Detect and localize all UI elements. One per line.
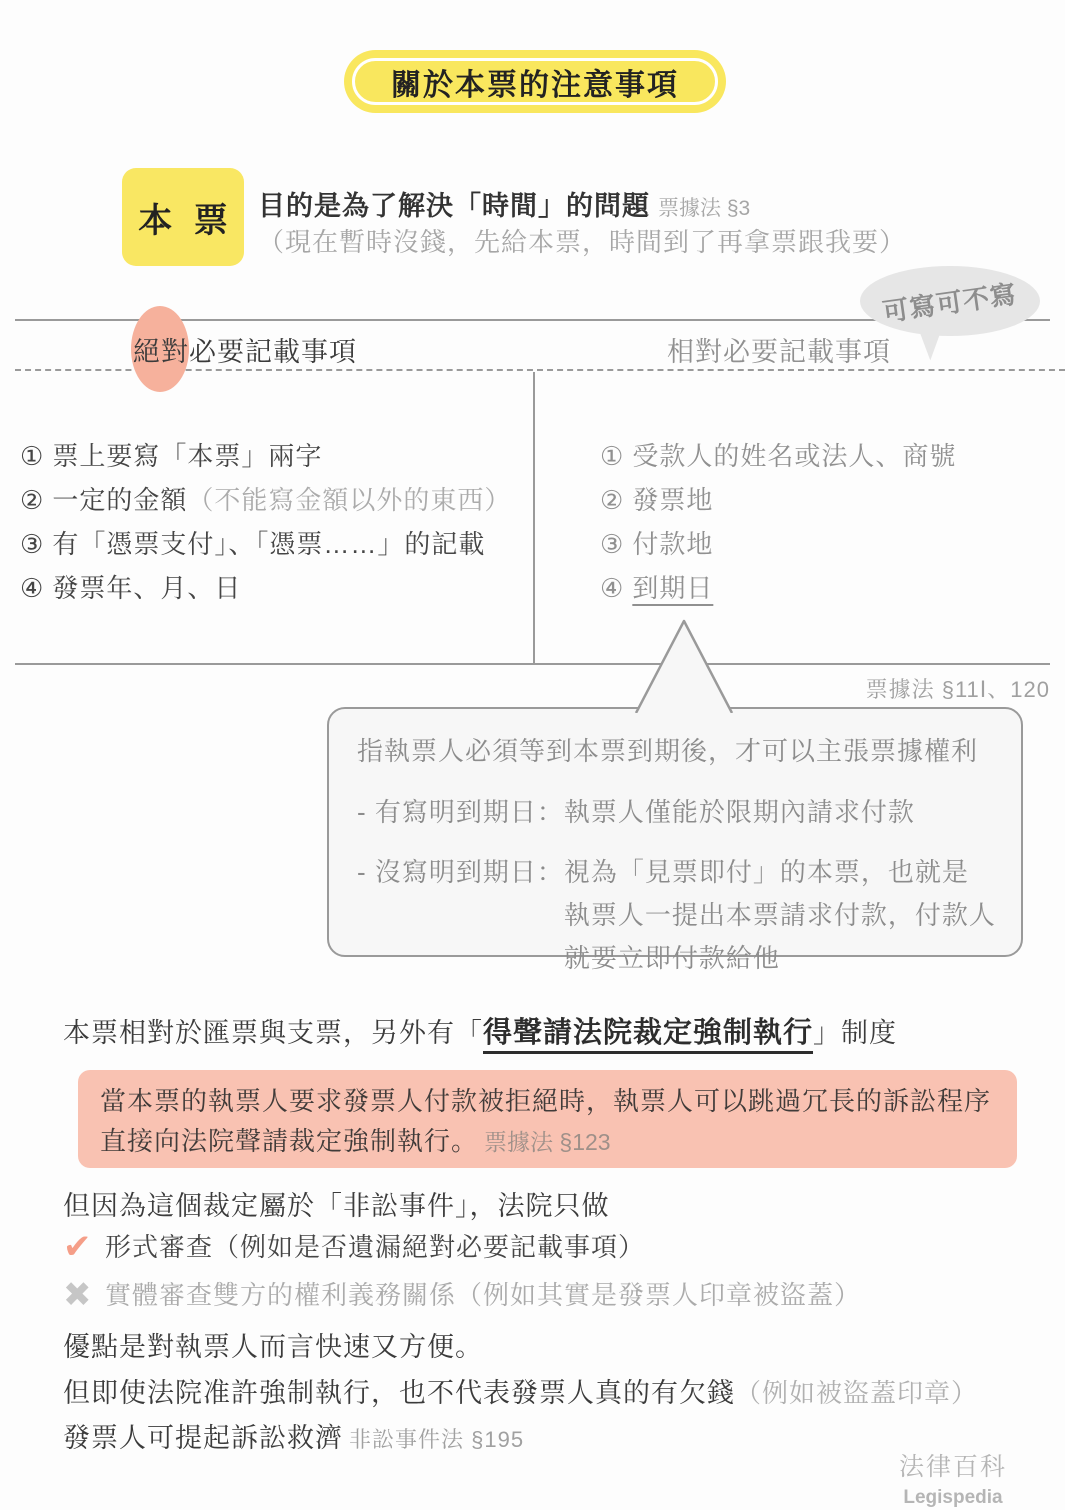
list-item: ①票上要寫「本票」兩字 <box>20 441 511 471</box>
brand-name-zh: 法律百科 <box>893 1447 1013 1483</box>
item-number: ② <box>600 485 624 515</box>
callout-line: - 有寫明到期日：執票人僅能於限期內請求付款 <box>357 792 1001 829</box>
caveat-text: 但即使法院准許強制執行，也不代表發票人真的有欠錢 <box>63 1378 735 1408</box>
lead-emphasis: 得聲請法院裁定強制執行 <box>483 1017 813 1049</box>
substantive-review-text: 實體審查雙方的權利義務關係（例如其實是發票人印章被盜蓋） <box>105 1276 861 1314</box>
item-number: ① <box>20 441 44 471</box>
item-text: 受款人的姓名或法人、商號 <box>632 441 956 471</box>
cross-icon: ✖ <box>63 1276 105 1314</box>
item-number: ④ <box>600 573 624 603</box>
column-header-relative: 相對必要記載事項 <box>667 330 891 369</box>
relative-items-list: ①受款人的姓名或法人、商號 ②發票地 ③付款地 ④到期日 <box>600 441 956 617</box>
callout-line: 指執票人必須等到本票到期後，才可以主張票據權利 <box>357 731 1001 768</box>
substantive-review-row: ✖ 實體審查雙方的權利義務關係（例如其實是發票人印章被盜蓋） <box>63 1276 861 1314</box>
table-column-divider <box>533 372 535 663</box>
column-header-absolute: 絕對必要記載事項 <box>133 330 357 369</box>
callout-case-text: 視為「見票即付」的本票，也就是 執票人一提出本票請求付款，付款人 就要立即付款給… <box>564 851 996 980</box>
intro-subline: （現在暫時沒錢，先給本票，時間到了再拿票跟我要） <box>258 222 906 259</box>
bubble-tail <box>914 327 941 361</box>
column-header-absolute-highlight: 絕對 <box>133 337 189 367</box>
caveat-note: （例如被盜蓋印章） <box>735 1378 978 1408</box>
item-number: ④ <box>20 573 44 603</box>
caveat-line: 但即使法院准許強制執行，也不代表發票人真的有欠錢（例如被盜蓋印章） <box>63 1371 978 1410</box>
optional-note-bubble: 可寫可不寫 <box>860 266 1040 336</box>
formal-review-text: 形式審查（例如是否遺漏絕對必要記載事項） <box>105 1228 645 1266</box>
item-text: 一定的金額 <box>52 485 187 515</box>
table-bottom-line <box>15 663 1050 665</box>
list-item: ②一定的金額（不能寫金額以外的東西） <box>20 485 511 515</box>
absolute-items-list: ①票上要寫「本票」兩字 ②一定的金額（不能寫金額以外的東西） ③有「憑票支付」、… <box>20 441 511 617</box>
enforcement-explainer-box: 當本票的執票人要求發票人付款被拒絕時，執票人可以跳過冗長的訴訟程序直接向法院聲請… <box>78 1070 1017 1168</box>
callout-pointer <box>632 617 736 718</box>
list-item: ④發票年、月、日 <box>20 573 511 603</box>
remedy-text: 發票人可提起訴訟救濟 <box>63 1423 343 1453</box>
intro-headline: 目的是為了解決「時間」的問題票據法 §3 <box>258 184 750 223</box>
list-item: ①受款人的姓名或法人、商號 <box>600 441 956 471</box>
item-number: ② <box>20 485 44 515</box>
explainer-law-citation: 票據法 §123 <box>484 1129 611 1155</box>
lead-prefix: 本票相對於匯票與支票，另外有「 <box>63 1018 483 1048</box>
item-number: ③ <box>600 529 624 559</box>
item-text: 付款地 <box>632 529 713 559</box>
item-text: 發票年、月、日 <box>52 573 241 603</box>
item-text: 發票地 <box>632 485 713 515</box>
item-text-due-date: 到期日 <box>632 573 713 603</box>
remedy-line: 發票人可提起訴訟救濟非訟事件法 §195 <box>63 1416 524 1455</box>
callout-case-label: - 沒寫明到期日： <box>357 851 564 894</box>
list-item: ③有「憑票支付」、「憑票……」的記載 <box>20 529 511 559</box>
brand-logo: 法律百科 Legispedia <box>893 1447 1013 1509</box>
callout-line: - 沒寫明到期日： 視為「見票即付」的本票，也就是 執票人一提出本票請求付款，付… <box>357 851 1001 980</box>
optional-note-text: 可寫可不寫 <box>881 273 1020 328</box>
list-item: ④到期日 <box>600 573 956 603</box>
item-number: ① <box>600 441 624 471</box>
remedy-law-citation: 非訟事件法 §195 <box>349 1427 524 1452</box>
term-highlight-box: 本 票 <box>122 168 244 266</box>
formal-review-row: ✔ 形式審查（例如是否遺漏絕對必要記載事項） <box>63 1228 645 1266</box>
callout-case-text-line: 執票人一提出本票請求付款，付款人 <box>564 894 996 937</box>
due-date-callout: 指執票人必須等到本票到期後，才可以主張票據權利 - 有寫明到期日：執票人僅能於限… <box>327 707 1023 957</box>
item-note: （不能寫金額以外的東西） <box>187 485 511 515</box>
item-number: ③ <box>20 529 44 559</box>
table-law-citation: 票據法 §11Ⅰ、120 <box>700 673 1050 704</box>
item-text: 票上要寫「本票」兩字 <box>52 441 322 471</box>
brand-name-en: Legispedia <box>893 1487 1013 1509</box>
item-text: 有「憑票支付」、「憑票……」的記載 <box>52 529 485 559</box>
callout-case-text-line: 視為「見票即付」的本票，也就是 <box>564 851 996 894</box>
list-item: ③付款地 <box>600 529 956 559</box>
advantage-line: 優點是對執票人而言快速又方便。 <box>63 1325 483 1364</box>
page-title: 關於本票的注意事項 <box>352 58 718 105</box>
column-header-absolute-rest: 必要記載事項 <box>189 337 357 367</box>
enforcement-lead: 本票相對於匯票與支票，另外有「得聲請法院裁定強制執行」制度 <box>63 1010 897 1051</box>
lead-suffix: 」制度 <box>813 1018 897 1048</box>
court-scope-line: 但因為這個裁定屬於「非訟事件」，法院只做 <box>63 1184 610 1223</box>
list-item: ②發票地 <box>600 485 956 515</box>
intro-headline-text: 目的是為了解決「時間」的問題 <box>258 191 650 221</box>
intro-law-citation: 票據法 §3 <box>658 197 750 220</box>
callout-case-text-line: 就要立即付款給他 <box>564 937 996 980</box>
check-icon: ✔ <box>63 1228 105 1266</box>
